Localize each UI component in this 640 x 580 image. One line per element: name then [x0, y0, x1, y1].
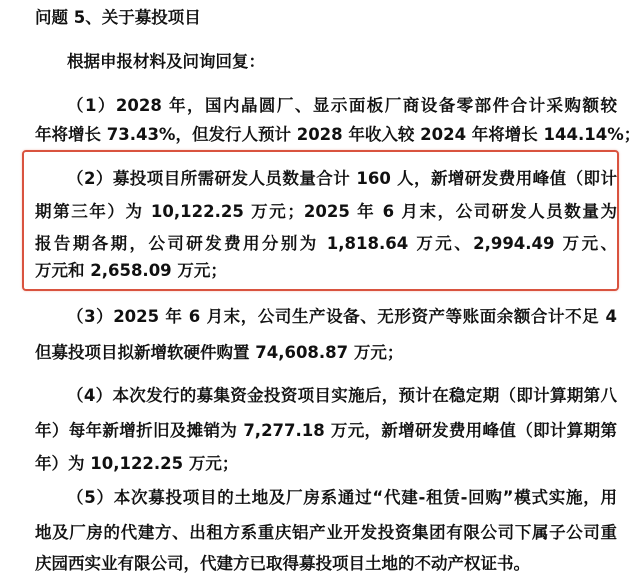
paragraph-line: 庆园西实业有限公司，代建方已取得募投项目土地的不动产权证书。: [35, 547, 617, 580]
paragraph-1: （1）2028 年，国内晶圆厂、显示面板厂商设备零部件合计采购额较 2024 年…: [35, 89, 617, 151]
section-title: 问题 5、关于募投项目: [35, 6, 201, 30]
paragraph-3: （3）2025 年 6 月末，公司生产设备、无形资产等账面余额合计不足 4 亿元…: [35, 300, 617, 369]
paragraph-line: 但募投项目拟新增软硬件购置 74,608.87 万元；: [35, 336, 617, 369]
paragraph-5: （5）本次募投项目的土地及厂房系通过“代建-租赁-回购”模式实施，用 地及厂房的…: [35, 481, 617, 580]
paragraph-line: 年）为 10,122.25 万元；: [35, 447, 617, 480]
paragraph-line: 期第三年）为 10,122.25 万元；2025 年 6 月末，公司研发人员数量…: [35, 195, 617, 228]
paragraph-line: （3）2025 年 6 月末，公司生产设备、无形资产等账面余额合计不足 4 亿元…: [35, 300, 617, 333]
paragraph-line: 年将增长 73.43%，但发行人预计 2028 年收入较 2024 年将增长 1…: [35, 118, 617, 151]
paragraph-2-highlighted: （2）募投项目所需研发人员数量合计 160 人，新增研发费用峰值（即计算 期第三…: [35, 162, 617, 287]
paragraph-line: （4）本次发行的募集资金投资项目实施后，预计在稳定期（即计算期第八: [35, 379, 617, 412]
paragraph-line: （2）募投项目所需研发人员数量合计 160 人，新增研发费用峰值（即计算: [35, 162, 617, 195]
paragraph-line: 年）每年新增折旧及摊销为 7,277.18 万元，新增研发费用峰值（即计算期第三: [35, 414, 617, 447]
intro-text: 根据申报材料及问询回复：: [67, 50, 265, 74]
paragraph-line: 地及厂房的代建方、出租方系重庆铝产业开发投资集团有限公司下属子公司重: [35, 516, 617, 549]
paragraph-line: （5）本次募投项目的土地及厂房系通过“代建-租赁-回购”模式实施，用: [35, 481, 617, 514]
paragraph-4: （4）本次发行的募集资金投资项目实施后，预计在稳定期（即计算期第八 年）每年新增…: [35, 379, 617, 480]
